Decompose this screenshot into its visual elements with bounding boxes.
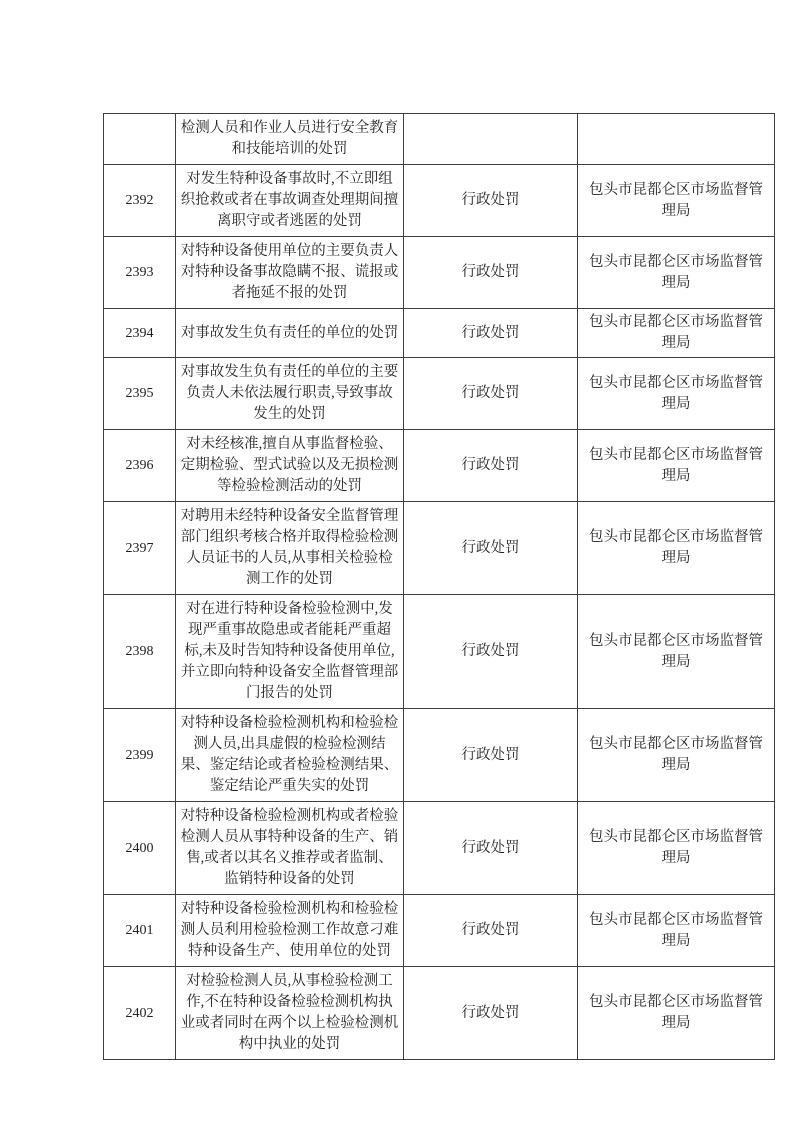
penalty-item-cell: 对未经核准,擅自从事监督检验、定期检验、型式试验以及无损检测等检验检测活动的处罚 <box>176 430 404 502</box>
authority-cell: 包头市昆都仑区市场监督管理局 <box>578 165 775 237</box>
table-row: 检测人员和作业人员进行安全教育和技能培训的处罚 <box>104 114 775 165</box>
row-number-cell: 2398 <box>104 595 176 709</box>
table-row: 2400 对特种设备检验检测机构或者检验检测人员从事特种设备的生产、销售,或者以… <box>104 802 775 895</box>
row-number-cell: 2400 <box>104 802 176 895</box>
penalty-type-cell: 行政处罚 <box>404 165 578 237</box>
authority-cell: 包头市昆都仑区市场监督管理局 <box>578 895 775 967</box>
table-row: 2396 对未经核准,擅自从事监督检验、定期检验、型式试验以及无损检测等检验检测… <box>104 430 775 502</box>
penalty-item-cell: 检测人员和作业人员进行安全教育和技能培训的处罚 <box>176 114 404 165</box>
penalty-type-cell: 行政处罚 <box>404 309 578 358</box>
penalty-item-cell: 对特种设备检验检测机构或者检验检测人员从事特种设备的生产、销售,或者以其名义推荐… <box>176 802 404 895</box>
authority-cell <box>578 114 775 165</box>
document-page: 检测人员和作业人员进行安全教育和技能培训的处罚 2392 对发生特种设备事故时,… <box>0 0 793 1122</box>
table-row: 2394 对事故发生负有责任的单位的处罚 行政处罚 包头市昆都仑区市场监督管理局 <box>104 309 775 358</box>
penalty-item-cell: 对发生特种设备事故时,不立即组织抢救或者在事故调查处理期间擅离职守或者逃匿的处罚 <box>176 165 404 237</box>
penalty-type-cell: 行政处罚 <box>404 895 578 967</box>
authority-cell: 包头市昆都仑区市场监督管理局 <box>578 309 775 358</box>
penalty-item-cell: 对检验检测人员,从事检验检测工作,不在特种设备检验检测机构执业或者同时在两个以上… <box>176 967 404 1060</box>
penalty-type-cell: 行政处罚 <box>404 430 578 502</box>
authority-cell: 包头市昆都仑区市场监督管理局 <box>578 430 775 502</box>
authority-cell: 包头市昆都仑区市场监督管理局 <box>578 237 775 309</box>
row-number-cell: 2394 <box>104 309 176 358</box>
table-row: 2398 对在进行特种设备检验检测中,发现严重事故隐患或者能耗严重超标,未及时告… <box>104 595 775 709</box>
penalty-table-body: 检测人员和作业人员进行安全教育和技能培训的处罚 2392 对发生特种设备事故时,… <box>104 114 775 1060</box>
penalty-table: 检测人员和作业人员进行安全教育和技能培训的处罚 2392 对发生特种设备事故时,… <box>103 113 775 1060</box>
authority-cell: 包头市昆都仑区市场监督管理局 <box>578 802 775 895</box>
penalty-item-cell: 对特种设备检验检测机构和检验检测人员,出具虚假的检验检测结果、鉴定结论或者检验检… <box>176 709 404 802</box>
table-row: 2397 对聘用未经特种设备安全监督管理部门组织考核合格并取得检验检测人员证书的… <box>104 502 775 595</box>
penalty-item-cell: 对特种设备检验检测机构和检验检测人员利用检验检测工作故意刁难特种设备生产、使用单… <box>176 895 404 967</box>
row-number-cell: 2399 <box>104 709 176 802</box>
penalty-type-cell: 行政处罚 <box>404 358 578 430</box>
row-number-cell: 2396 <box>104 430 176 502</box>
penalty-item-cell: 对事故发生负有责任的单位的主要负责人未依法履行职责,导致事故发生的处罚 <box>176 358 404 430</box>
row-number-cell <box>104 114 176 165</box>
authority-cell: 包头市昆都仑区市场监督管理局 <box>578 358 775 430</box>
table-row: 2395 对事故发生负有责任的单位的主要负责人未依法履行职责,导致事故发生的处罚… <box>104 358 775 430</box>
authority-cell: 包头市昆都仑区市场监督管理局 <box>578 967 775 1060</box>
authority-cell: 包头市昆都仑区市场监督管理局 <box>578 502 775 595</box>
penalty-item-cell: 对在进行特种设备检验检测中,发现严重事故隐患或者能耗严重超标,未及时告知特种设备… <box>176 595 404 709</box>
table-row: 2399 对特种设备检验检测机构和检验检测人员,出具虚假的检验检测结果、鉴定结论… <box>104 709 775 802</box>
authority-cell: 包头市昆都仑区市场监督管理局 <box>578 709 775 802</box>
row-number-cell: 2392 <box>104 165 176 237</box>
row-number-cell: 2395 <box>104 358 176 430</box>
penalty-item-cell: 对事故发生负有责任的单位的处罚 <box>176 309 404 358</box>
penalty-type-cell: 行政处罚 <box>404 709 578 802</box>
table-row: 2392 对发生特种设备事故时,不立即组织抢救或者在事故调查处理期间擅离职守或者… <box>104 165 775 237</box>
penalty-type-cell: 行政处罚 <box>404 802 578 895</box>
penalty-type-cell: 行政处罚 <box>404 237 578 309</box>
penalty-item-cell: 对聘用未经特种设备安全监督管理部门组织考核合格并取得检验检测人员证书的人员,从事… <box>176 502 404 595</box>
row-number-cell: 2393 <box>104 237 176 309</box>
penalty-type-cell: 行政处罚 <box>404 502 578 595</box>
authority-cell: 包头市昆都仑区市场监督管理局 <box>578 595 775 709</box>
penalty-type-cell: 行政处罚 <box>404 967 578 1060</box>
table-row: 2402 对检验检测人员,从事检验检测工作,不在特种设备检验检测机构执业或者同时… <box>104 967 775 1060</box>
penalty-type-cell <box>404 114 578 165</box>
penalty-item-cell: 对特种设备使用单位的主要负责人对特种设备事故隐瞒不报、谎报或者拖延不报的处罚 <box>176 237 404 309</box>
row-number-cell: 2397 <box>104 502 176 595</box>
penalty-type-cell: 行政处罚 <box>404 595 578 709</box>
table-row: 2401 对特种设备检验检测机构和检验检测人员利用检验检测工作故意刁难特种设备生… <box>104 895 775 967</box>
row-number-cell: 2401 <box>104 895 176 967</box>
row-number-cell: 2402 <box>104 967 176 1060</box>
table-row: 2393 对特种设备使用单位的主要负责人对特种设备事故隐瞒不报、谎报或者拖延不报… <box>104 237 775 309</box>
